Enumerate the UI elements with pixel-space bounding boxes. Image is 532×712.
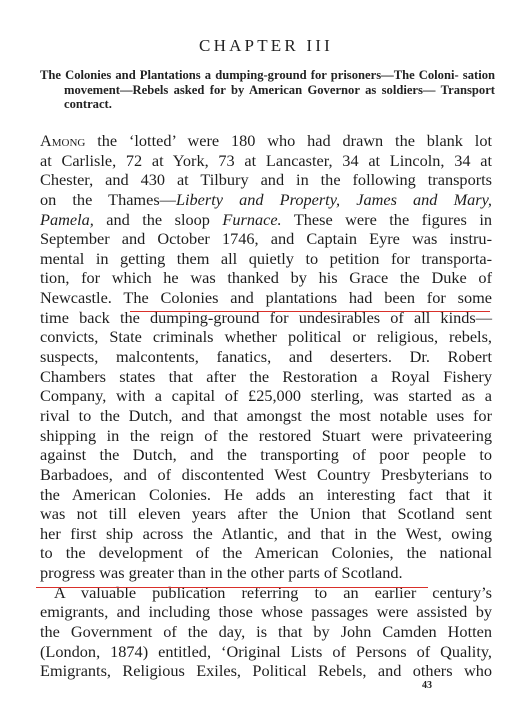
ship-names-italic: Liberty and Property, James and Mary, [176, 190, 492, 209]
text-line-underlined: Newcastle. The Colonies and plantations … [40, 288, 492, 308]
text-line: convicts, State criminals whether politi… [40, 327, 492, 347]
page-number: 43 [422, 680, 432, 691]
text-line: tion, for which he was thanked by his Gr… [40, 268, 492, 288]
text-line: rival to the Dutch, and that amongst the… [40, 406, 492, 426]
text-line: (London, 1874) entitled, ‘Original Lists… [40, 642, 492, 662]
chapter-synopsis: The Colonies and Plantations a dumping-g… [40, 68, 495, 112]
text-line: her first ship across the Atlantic, and … [40, 524, 492, 544]
red-underline-annotation [36, 587, 428, 588]
body-text: Among the ‘lotted’ were 180 who had draw… [40, 131, 492, 681]
chapter-title: CHAPTER III [0, 36, 532, 56]
text-line: Among the ‘lotted’ were 180 who had draw… [40, 131, 492, 151]
ship-name-italic: Furnace. [222, 210, 281, 229]
text-line: the American Colonies. He adds an intere… [40, 485, 492, 505]
text-line: against the Dutch, and the transporting … [40, 445, 492, 465]
ship-name-italic: Pamela, [40, 210, 94, 229]
text-line: at Carlisle, 72 at York, 73 at Lancaster… [40, 151, 492, 171]
text-line-paragraph-start: A valuable publication referring to an e… [40, 583, 492, 603]
text-line: Emigrants, Religious Exiles, Political R… [40, 661, 492, 681]
text-line: emigrants, and including those whose pas… [40, 602, 492, 622]
text-line: mental in getting them all quietly to pe… [40, 249, 492, 269]
text-line: was not till eleven years after the Unio… [40, 504, 492, 524]
opening-smallcaps: Among [40, 131, 85, 150]
text-line: Pamela, and the sloop Furnace. These wer… [40, 210, 492, 230]
text-line: the Government of the day, is that by Jo… [40, 622, 492, 642]
text-line: Chester, and 430 at Tilbury and in the f… [40, 170, 492, 190]
text-line-underlined: progress was greater than in the other p… [40, 563, 492, 583]
text-line: September and October 1746, and Captain … [40, 229, 492, 249]
synopsis-line: The Colonies and Plantations a dumping-g… [40, 68, 459, 82]
text-line: suspects, malcontents, fanatics, and des… [40, 347, 492, 367]
text-line: on the Thames—Liberty and Property, Jame… [40, 190, 492, 210]
text-line: Barbadoes, and of discontented West Coun… [40, 465, 492, 485]
book-page: CHAPTER III The Colonies and Plantations… [0, 0, 532, 712]
text-line: to the development of the American Colon… [40, 543, 492, 563]
text-line: Chambers states that after the Restorati… [40, 367, 492, 387]
red-underline-annotation [130, 311, 490, 312]
text-line: shipping in the reign of the restored St… [40, 426, 492, 446]
text-line: Company, with a capital of £25,000 sterl… [40, 386, 492, 406]
